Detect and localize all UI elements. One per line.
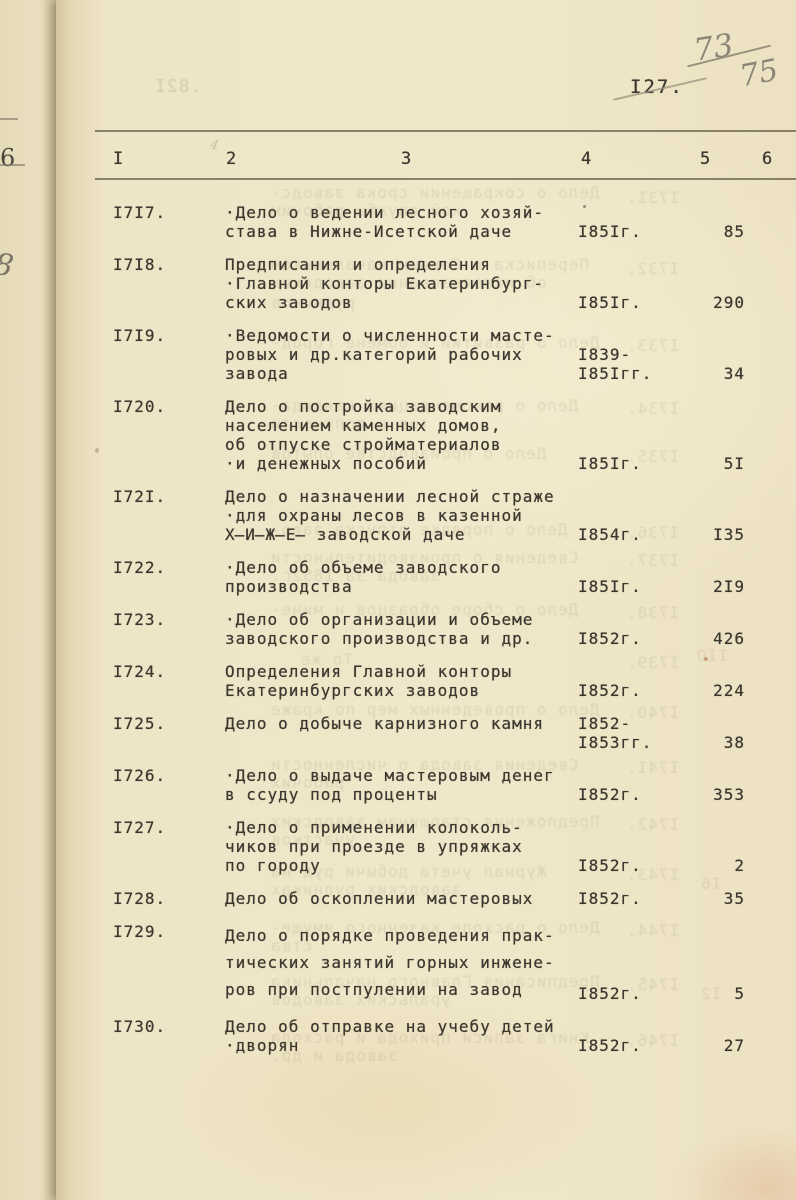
entry-years: I85Iг. [578, 577, 666, 596]
entry-years: I852г. [578, 785, 666, 804]
bleedthrough-line: участков [270, 830, 355, 849]
entry-years: I852г. [578, 889, 666, 908]
bleedthrough-line: об использовании заводских [270, 273, 546, 292]
bleedthrough-line: I6 [700, 874, 721, 893]
bleedthrough-line: IIO [696, 646, 728, 665]
bleedthrough-line: I74I. [626, 758, 679, 777]
entry-years: I85Iг. [578, 293, 666, 312]
bleedthrough-line: I740. [626, 703, 679, 722]
bleedthrough-line: завода и др. [270, 1046, 398, 1065]
bleedthrough-line: I738. [626, 603, 679, 622]
edge-rule-bottom [0, 164, 25, 166]
entry-number: I724. [113, 662, 225, 681]
scanned-archive-page: 6 8 .82I 73 75 I27. 4 I23456 I7I7.·Дело … [0, 0, 796, 1200]
entry-years: I85Iг. [578, 222, 666, 241]
entry-number: I728. [113, 889, 225, 908]
bleedthrough-line: рабочих [270, 773, 344, 792]
bleedthrough-line: I737. [626, 551, 679, 570]
bleedthrough-line: Дело о проведенных мер по краже [270, 700, 600, 719]
column-header: I [113, 150, 124, 169]
bleedthrough-line: I734. [626, 399, 679, 418]
entry-page-count: 353 [666, 785, 745, 804]
column-header: 6 [762, 150, 773, 169]
bleedthrough-line: I735. [626, 447, 679, 466]
entry-number: I729. [113, 922, 225, 941]
entry-number: I722. [113, 558, 225, 577]
entry-number: I720. [113, 397, 225, 416]
bleedthrough-line: I746. [626, 1031, 679, 1050]
entry-page-count: 85 [666, 222, 745, 241]
entry-page-count: 290 [666, 293, 745, 312]
bleedthrough-line: Переписка с Горным начальником [270, 255, 589, 274]
bleedthrough-line: Книга записи прихода и расхода [270, 1028, 589, 1047]
paper-speck [95, 448, 99, 453]
bleedthrough-line: Дело о расходе казенного имуще- [270, 918, 600, 937]
bleedthrough-line: I732. [626, 259, 679, 278]
bleedthrough-line: Дело о сокращении срока заводс- [270, 183, 600, 202]
paper-speck [704, 657, 708, 661]
entry-number: I72I. [113, 487, 225, 506]
entry-number: I730. [113, 1017, 225, 1036]
entry-description: Определения Главной конторы Екатеринбург… [225, 662, 578, 700]
entry-number: I726. [113, 766, 225, 785]
column-header: 2 [226, 150, 237, 169]
entry-number: I7I9. [113, 326, 225, 345]
bleedthrough-line: I739. [626, 653, 679, 672]
bleedthrough-line: уральских заводов [270, 990, 451, 1009]
bleedthrough-line: I733. [626, 336, 679, 355]
bleedthrough-line: Дело о порядке отпуска заво- [270, 520, 568, 539]
entry-number: I7I8. [113, 255, 225, 274]
bleedthrough-line: тов в должности [270, 414, 430, 433]
entry-number: I7I7. [113, 203, 225, 222]
column-header: 3 [401, 150, 412, 169]
column-header: 4 [581, 150, 592, 169]
bleedthrough-line: I743. [626, 865, 679, 884]
entry-page-count: 2I9 [666, 577, 745, 596]
bleedthrough-line: То же [300, 650, 353, 669]
entry-number: I725. [113, 714, 225, 733]
bleedthrough-line: Предписания Главного начальника [270, 972, 600, 991]
table-header-rule [95, 178, 796, 180]
bleedthrough-line: I2 [700, 984, 721, 1003]
bleedthrough-line: I736. [626, 523, 679, 542]
entry-number: I723. [113, 610, 225, 629]
entry-years: I852г. [578, 681, 666, 700]
column-header: 5 [700, 150, 711, 169]
bleedthrough-line: Журнал учета добычи руд на [270, 862, 546, 881]
bleedthrough-line: кой службы рабочим [270, 201, 461, 220]
bleedthrough-line: I742. [626, 815, 679, 834]
bleedthrough-line: рудников [270, 293, 355, 312]
bleedthrough-line: I73I. [626, 188, 679, 207]
bleedthrough-line: завода за I852г. [270, 566, 440, 585]
edge-rule-top [0, 118, 18, 120]
bleedthrough-line: Сведения завода о численности [270, 755, 578, 774]
entry-number: I727. [113, 818, 225, 837]
bleedthrough-line: I745. [626, 975, 679, 994]
bleedthrough-page-number: .82I [154, 76, 201, 97]
bleedthrough-line: заводских рудниках [270, 880, 461, 899]
entry-page-count: 38 [666, 733, 745, 752]
bleedthrough-line: Дело о рекомендациях кандида- [270, 396, 578, 415]
bleedthrough-line: Предложения старшинам заводских [270, 812, 600, 831]
entry-page-count: 224 [666, 681, 745, 700]
entry-page-count: 34 [666, 364, 745, 383]
entry-years: I852г. [578, 629, 666, 648]
margin-mark-top: 6 [0, 144, 15, 172]
bleedthrough-line: I744. [626, 921, 679, 940]
table-top-rule [95, 130, 796, 132]
bleedthrough-line: Дело о производстве опытов [270, 444, 546, 463]
bleedthrough-line: Сведения о производительности [270, 548, 578, 567]
bleedthrough-line: Дело о сборе образцов и мине- [270, 600, 578, 619]
handwritten-new-folio-number: 75 [737, 53, 781, 95]
paper-speck [583, 205, 586, 208]
bleedthrough-line: Дело о развитии и обмене город- [270, 333, 600, 352]
bleedthrough-line: ства [270, 936, 313, 955]
